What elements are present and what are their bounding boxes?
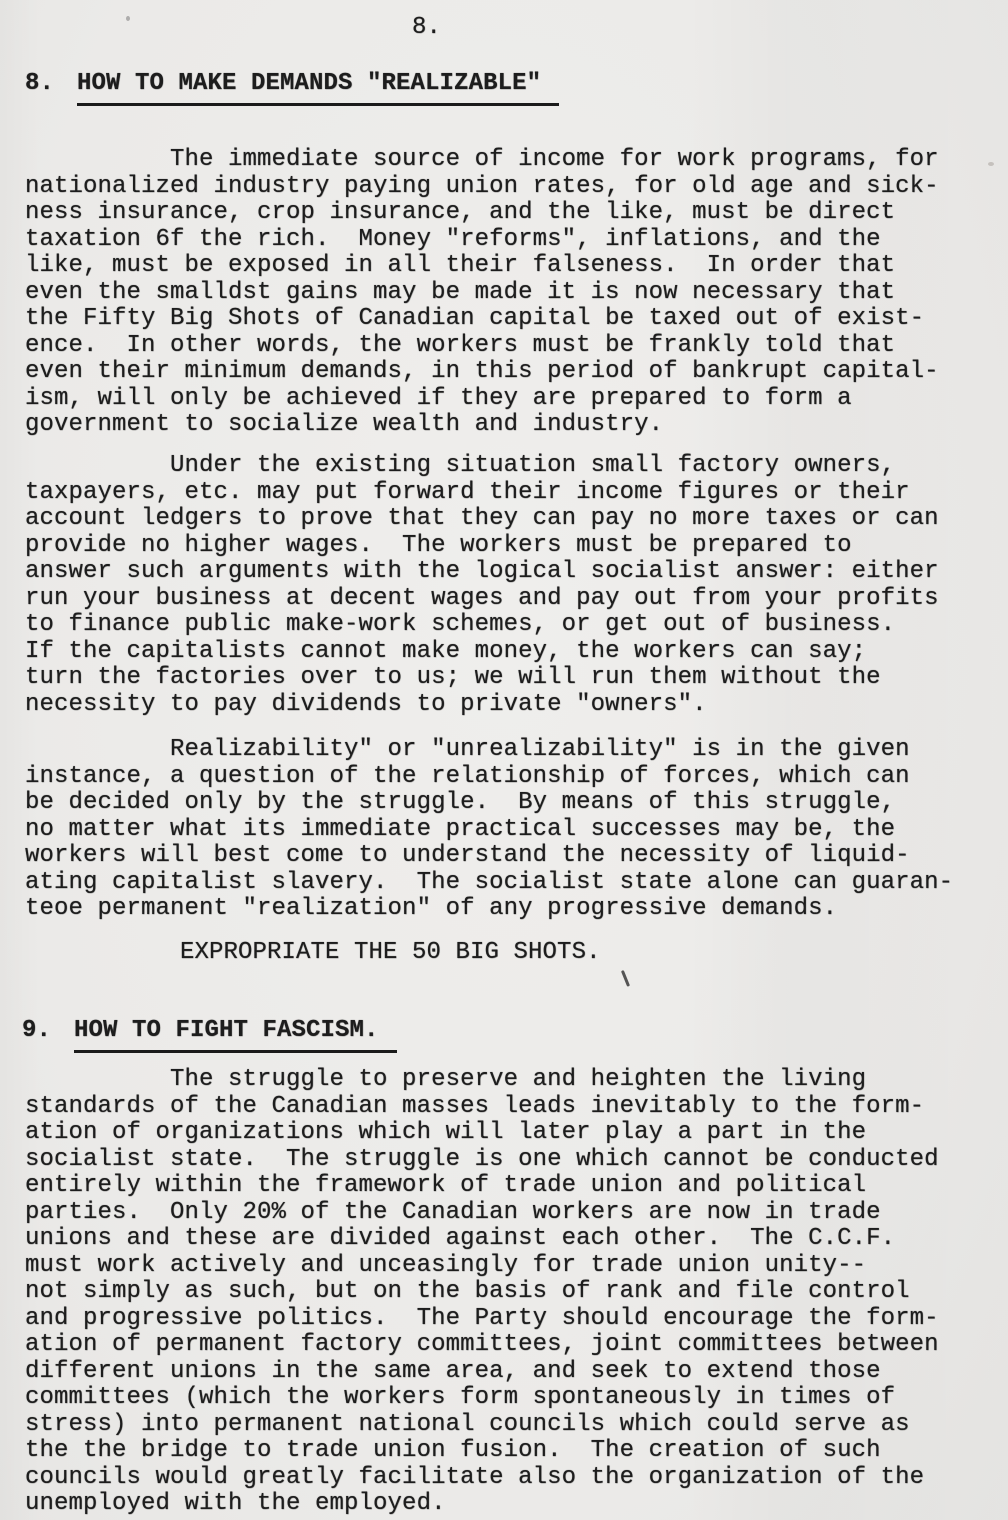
- page-number: 8.: [412, 14, 441, 41]
- section-8-number: 8.: [25, 70, 77, 97]
- section-8-title: HOW TO MAKE DEMANDS "REALIZABLE": [77, 70, 559, 106]
- section-8-heading: 8. HOW TO MAKE DEMANDS "REALIZABLE": [25, 70, 559, 106]
- scan-artifact-mark: [621, 970, 630, 987]
- document-page: 8. 8. HOW TO MAKE DEMANDS "REALIZABLE" T…: [0, 0, 1008, 1520]
- section-9-number: 9.: [22, 1017, 74, 1044]
- section-8-paragraph-2: Under the existing situation small facto…: [25, 453, 939, 718]
- scan-speck: [126, 16, 130, 21]
- slogan-line: EXPROPRIATE THE 50 BIG SHOTS.: [180, 939, 601, 966]
- section-9-heading: 9. HOW TO FIGHT FASCISM.: [22, 1017, 397, 1053]
- section-8-paragraph-3: Realizability" or "unrealizability" is i…: [25, 737, 953, 923]
- section-9-paragraph-1: The struggle to preserve and heighten th…: [25, 1067, 939, 1518]
- section-9-title: HOW TO FIGHT FASCISM.: [74, 1017, 397, 1053]
- scan-speck: [988, 162, 994, 166]
- section-8-paragraph-1: The immediate source of income for work …: [25, 147, 939, 439]
